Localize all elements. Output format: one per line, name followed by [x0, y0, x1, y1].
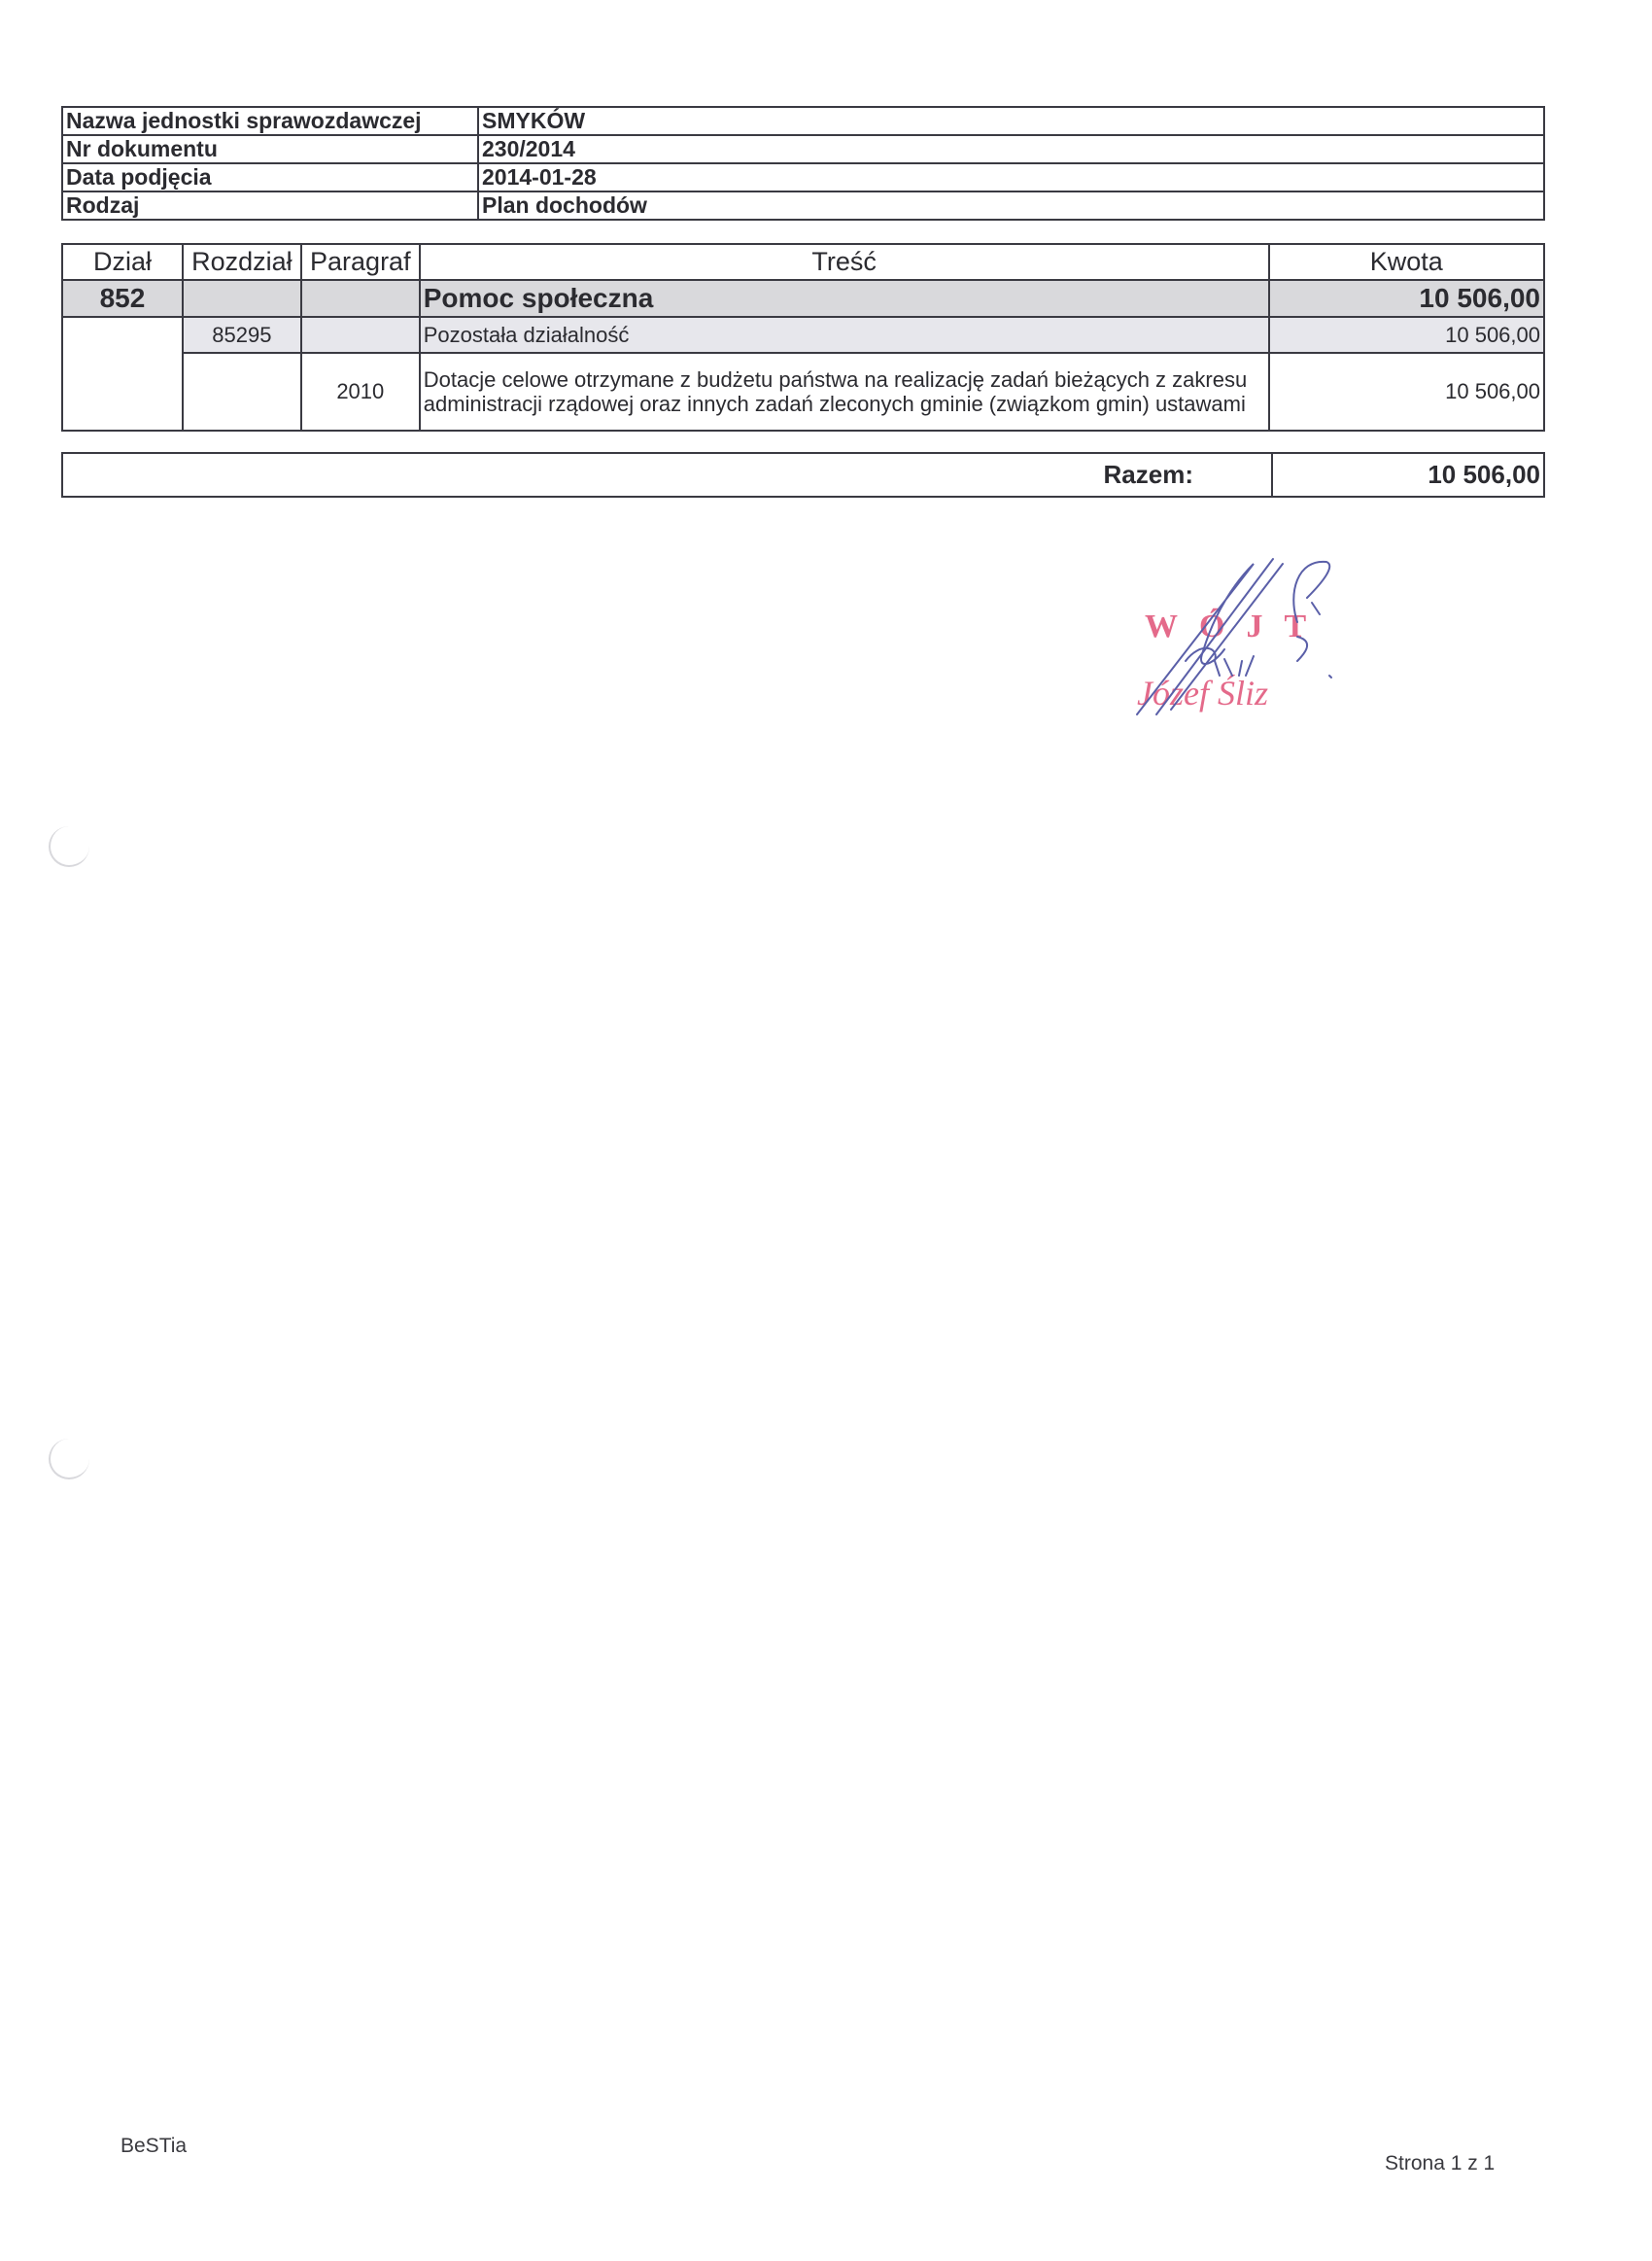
cell-kwota: 10 506,00	[1269, 280, 1545, 317]
table-row-dzial: 852 Pomoc społeczna 10 506,00	[62, 280, 1544, 317]
footer-software-name: BeSTia	[120, 2135, 187, 2158]
header-dzial: Dział	[62, 244, 183, 280]
cell-dzial: 852	[62, 280, 183, 317]
info-row-name: Nazwa jednostki sprawozdawczej SMYKÓW	[62, 107, 1544, 135]
cell-rozdzial: 85295	[183, 317, 301, 353]
punch-hole-mark	[49, 826, 89, 867]
total-table: Razem: 10 506,00	[61, 452, 1545, 498]
total-label: Razem:	[62, 453, 1272, 497]
table-header-row: Dział Rozdział Paragraf Treść Kwota	[62, 244, 1544, 280]
punch-hole-mark	[49, 1439, 89, 1479]
document-info-table: Nazwa jednostki sprawozdawczej SMYKÓW Nr…	[61, 106, 1545, 221]
info-label: Rodzaj	[62, 191, 478, 220]
table-row-rozdzial: 85295 Pozostała działalność 10 506,00	[62, 317, 1544, 353]
info-value-type: Plan dochodów	[478, 191, 1544, 220]
info-value-date: 2014-01-28	[478, 163, 1544, 191]
info-label: Nazwa jednostki sprawozdawczej	[62, 107, 478, 135]
cell-paragraf: 2010	[301, 353, 420, 431]
cell-kwota: 10 506,00	[1269, 353, 1545, 431]
cell-tresc: Pomoc społeczna	[420, 280, 1269, 317]
info-label: Nr dokumentu	[62, 135, 478, 163]
info-value-unit: SMYKÓW	[478, 107, 1544, 135]
table-row-paragraf: 2010 Dotacje celowe otrzymane z budżetu …	[62, 353, 1544, 431]
info-row-type: Rodzaj Plan dochodów	[62, 191, 1544, 220]
header-rozdzial: Rozdział	[183, 244, 301, 280]
info-value-doc-number: 230/2014	[478, 135, 1544, 163]
info-label: Data podjęcia	[62, 163, 478, 191]
total-value: 10 506,00	[1272, 453, 1544, 497]
footer-page-number: Strona 1 z 1	[1385, 2152, 1495, 2175]
cell-empty	[301, 317, 420, 353]
handwritten-signature	[1127, 544, 1419, 739]
header-kwota: Kwota	[1269, 244, 1545, 280]
budget-table: Dział Rozdział Paragraf Treść Kwota 852 …	[61, 243, 1545, 432]
header-tresc: Treść	[420, 244, 1269, 280]
total-row: Razem: 10 506,00	[62, 453, 1544, 497]
info-row-doc-number: Nr dokumentu 230/2014	[62, 135, 1544, 163]
cell-empty	[183, 353, 301, 431]
cell-empty	[183, 280, 301, 317]
cell-kwota: 10 506,00	[1269, 317, 1545, 353]
cell-tresc: Pozostała działalność	[420, 317, 1269, 353]
header-paragraf: Paragraf	[301, 244, 420, 280]
info-row-date: Data podjęcia 2014-01-28	[62, 163, 1544, 191]
cell-empty	[62, 317, 183, 431]
cell-empty	[301, 280, 420, 317]
cell-tresc: Dotacje celowe otrzymane z budżetu państ…	[420, 353, 1269, 431]
